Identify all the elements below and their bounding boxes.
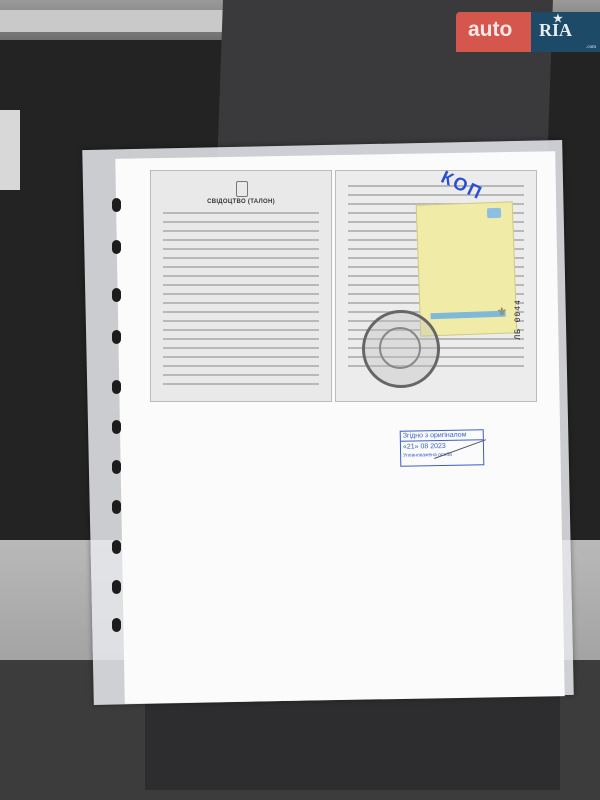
logo-auto: auto — [456, 12, 531, 52]
background-rail — [0, 10, 250, 32]
background-wall — [0, 110, 20, 190]
serial-number: ЛБ 0044 — [514, 299, 523, 340]
star-icon: ★ — [553, 12, 563, 25]
license-stripe — [431, 311, 506, 320]
driver-license-card: ⚜ — [416, 201, 518, 336]
autoria-watermark: auto ★ RIA .com — [456, 12, 600, 52]
flag-icon — [487, 208, 501, 218]
logo-ria: ★ RIA .com — [531, 12, 600, 52]
official-seal — [362, 310, 440, 388]
trident-icon: ⚜ — [496, 305, 507, 319]
logo-suffix: .com — [586, 45, 596, 50]
punch-holes — [100, 170, 140, 690]
coat-of-arms-icon — [236, 181, 248, 197]
certificate-left-page: СВІДОЦТВО (ТАЛОН) — [150, 170, 332, 402]
certificate-title: СВІДОЦТВО (ТАЛОН) — [151, 199, 331, 205]
